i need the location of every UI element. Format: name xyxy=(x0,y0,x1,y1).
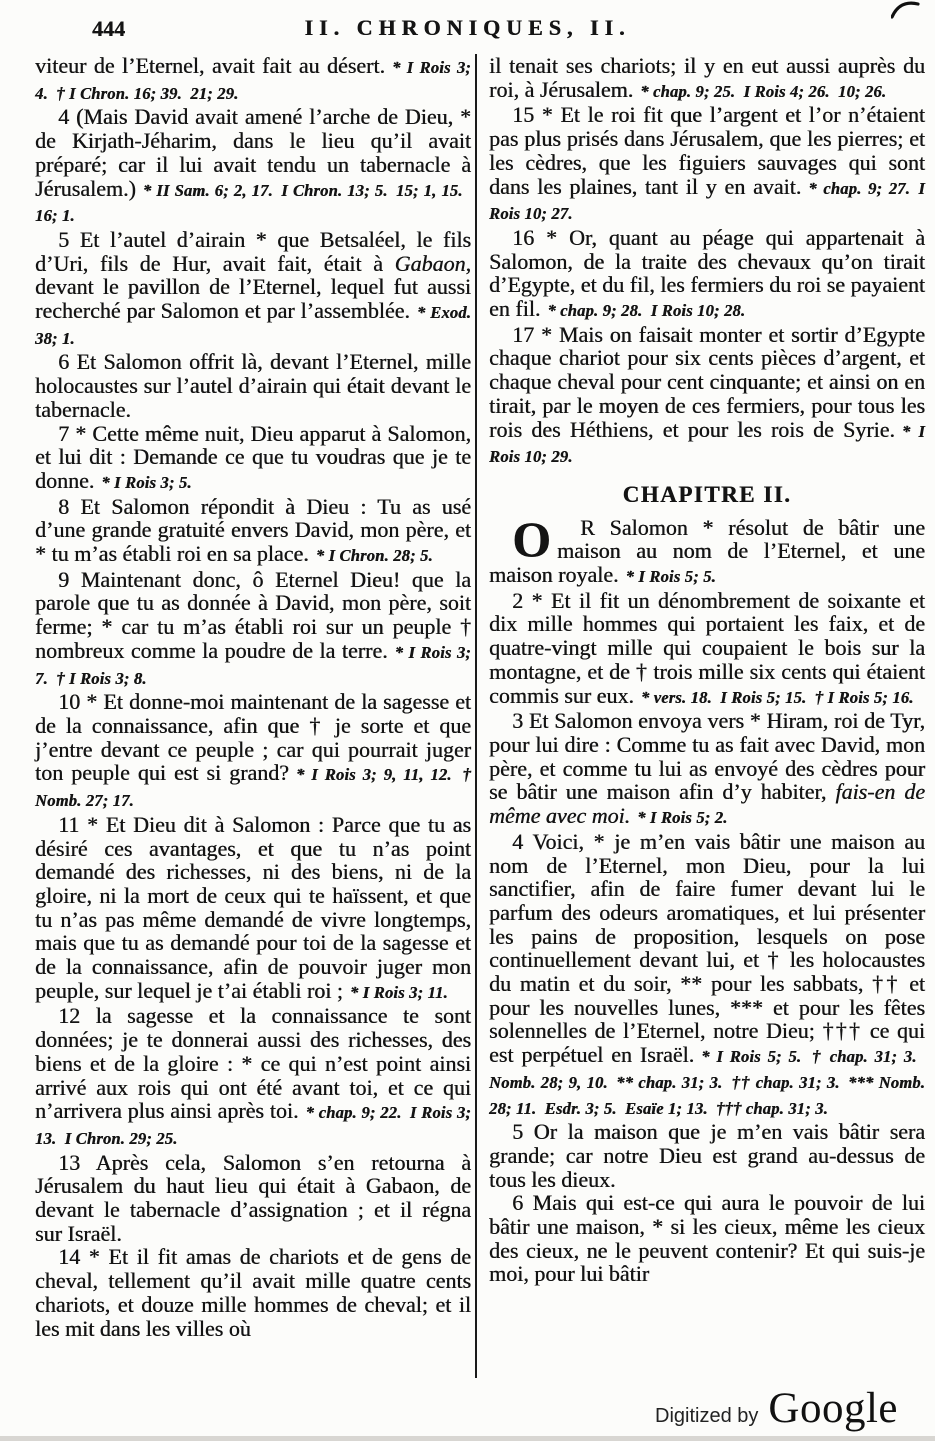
drop-cap: O xyxy=(489,519,551,560)
cross-reference: * vers. 18. I Rois 5; 15. † I Rois 5; 16… xyxy=(641,688,914,707)
digitized-by-watermark: Digitized by Google xyxy=(655,1384,898,1433)
page-header: 444 II. CHRONIQUES, II. xyxy=(0,0,935,54)
scan-artifact-mark xyxy=(891,0,921,20)
page-title: II. CHRONIQUES, II. xyxy=(0,15,935,41)
verse-text: viteur de l’Eternel, avait fait au déser… xyxy=(35,53,385,78)
verse-14-continuation: il tenait ses chariots; il y en eut auss… xyxy=(489,54,925,103)
cross-reference: * chap. 9; 25. I Rois 4; 26. 10; 26. xyxy=(640,82,886,101)
verse-16: 16 * Or, quant au péage qui appartenait … xyxy=(489,226,925,323)
digitized-by-label: Digitized by xyxy=(655,1405,758,1428)
verse-text: 11 * Et Dieu dit à Salomon : Parce que t… xyxy=(35,812,471,1003)
verse-5: 5 Or la maison que je m’en vais bâtir se… xyxy=(489,1120,925,1191)
verse-text: devant le pavillon de l’Eternel, lequel … xyxy=(35,274,471,323)
text-columns: viteur de l’Eternel, avait fait au déser… xyxy=(35,54,925,1378)
verse-text: 14 * Et il fit amas de chariots et de ge… xyxy=(35,1244,471,1340)
column-divider xyxy=(475,54,477,1378)
verse-8: 8 Et Salomon répondit à Dieu : Tu as usé… xyxy=(35,495,471,568)
verse-text: 6 Mais qui est-ce qui aura le pouvoir de… xyxy=(489,1190,925,1286)
cross-reference: * I Rois 5; 5. xyxy=(626,567,716,586)
verse-5: 5 Et l’autel d’airain * que Betsaléel, l… xyxy=(35,228,471,351)
verse-11: 11 * Et Dieu dit à Salomon : Parce que t… xyxy=(35,813,471,1005)
cross-reference: * I Rois 3; 11. xyxy=(350,983,448,1002)
verse-3-continuation: viteur de l’Eternel, avait fait au déser… xyxy=(35,54,471,105)
verse-4: 4 Voici, * je m’en vais bâtir une maison… xyxy=(489,830,925,1120)
verse-17: 17 * Mais on faisait monter et sortir d’… xyxy=(489,323,925,469)
column-left: viteur de l’Eternel, avait fait au déser… xyxy=(35,54,471,1340)
verse-10: 10 * Et donne-moi maintenant de la sages… xyxy=(35,690,471,813)
verse-3: 3 Et Salomon envoya vers * Hiram, roi de… xyxy=(489,709,925,830)
verse-14: 14 * Et il fit amas de chariots et de ge… xyxy=(35,1245,471,1340)
verse-text: 4 Voici, * je m’en vais bâtir une maison… xyxy=(489,829,925,1067)
verse-6: 6 Et Salomon offrit là, devant l’Eternel… xyxy=(35,350,471,421)
verse-text: 6 Et Salomon offrit là, devant l’Eternel… xyxy=(35,349,471,421)
verse-text: CHAPITRE II. xyxy=(623,482,792,507)
cross-reference: * chap. 9; 28. I Rois 10; 28. xyxy=(547,301,745,320)
chapter-heading: CHAPITRE II. xyxy=(489,483,925,507)
column-right: il tenait ses chariots; il y en eut auss… xyxy=(489,54,925,1286)
cross-reference: * I Chron. 28; 5. xyxy=(316,546,433,565)
google-logo: Google xyxy=(768,1384,898,1433)
verse-12: 12 la sagesse et la connaissance te sont… xyxy=(35,1004,471,1150)
cross-reference: * I Rois 3; 5. xyxy=(101,473,191,492)
verse-1: OR Salomon * résolut de bâtir une maison… xyxy=(489,516,925,589)
verse-13: 13 Après cela, Salomon s’en retourna à J… xyxy=(35,1151,471,1246)
verse-6: 6 Mais qui est-ce qui aura le pouvoir de… xyxy=(489,1191,925,1286)
verse-text: 17 * Mais on faisait monter et sortir d’… xyxy=(489,322,925,442)
verse-4: 4 (Mais David avait amené l’arche de Die… xyxy=(35,105,471,228)
verse-2: 2 * Et il fit un dénombrement de soixant… xyxy=(489,589,925,710)
verse-15: 15 * Et le roi fit que l’argent et l’or … xyxy=(489,103,925,226)
verse-text: 13 Après cela, Salomon s’en retourna à J… xyxy=(35,1150,471,1246)
verse-7: 7 * Cette même nuit, Dieu apparut à Salo… xyxy=(35,422,471,495)
cross-reference: * I Rois 5; 2. xyxy=(637,808,727,827)
scan-edge-strip xyxy=(0,1436,935,1441)
verse-text: 5 Or la maison que je m’en vais bâtir se… xyxy=(489,1119,925,1191)
verse-text: Gabaon, xyxy=(395,251,471,276)
verse-9: 9 Maintenant donc, ô Eternel Dieu! que l… xyxy=(35,568,471,691)
